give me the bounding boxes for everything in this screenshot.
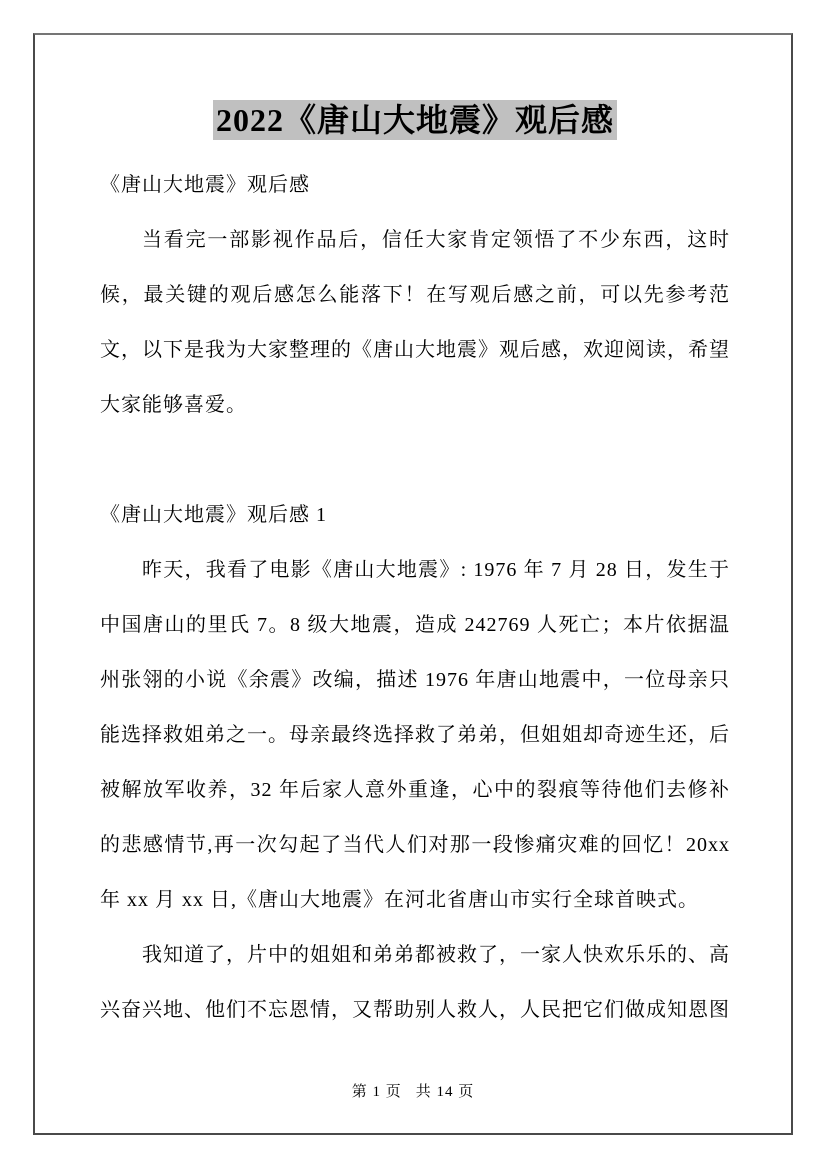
review-paragraph-1: 昨天，我看了电影《唐山大地震》: 1976 年 7 月 28 日，发生于中国唐山… — [100, 543, 730, 928]
section-heading-1: 《唐山大地震》观后感 1 — [100, 488, 730, 543]
total-pages: 共 14 页 — [416, 1084, 475, 1100]
document-page: 2022《唐山大地震》观后感 《唐山大地震》观后感 当看完一部影视作品后，信任大… — [33, 33, 793, 1135]
document-subtitle: 《唐山大地震》观后感 — [100, 158, 730, 213]
page-number: 第 1 页 — [352, 1084, 402, 1100]
title-highlight: 2022《唐山大地震》观后感 — [213, 100, 617, 140]
page-footer: 第 1 页共 14 页 — [35, 1080, 791, 1101]
intro-paragraph: 当看完一部影视作品后，信任大家肯定领悟了不少东西，这时候，最关键的观后感怎么能落… — [100, 213, 730, 433]
document-title: 2022《唐山大地震》观后感 — [100, 98, 730, 142]
document-body: 2022《唐山大地震》观后感 《唐山大地震》观后感 当看完一部影视作品后，信任大… — [35, 35, 791, 1038]
review-paragraph-2: 我知道了，片中的姐姐和弟弟都被救了，一家人快欢乐乐的、高兴奋兴地、他们不忘恩情，… — [100, 928, 730, 1038]
